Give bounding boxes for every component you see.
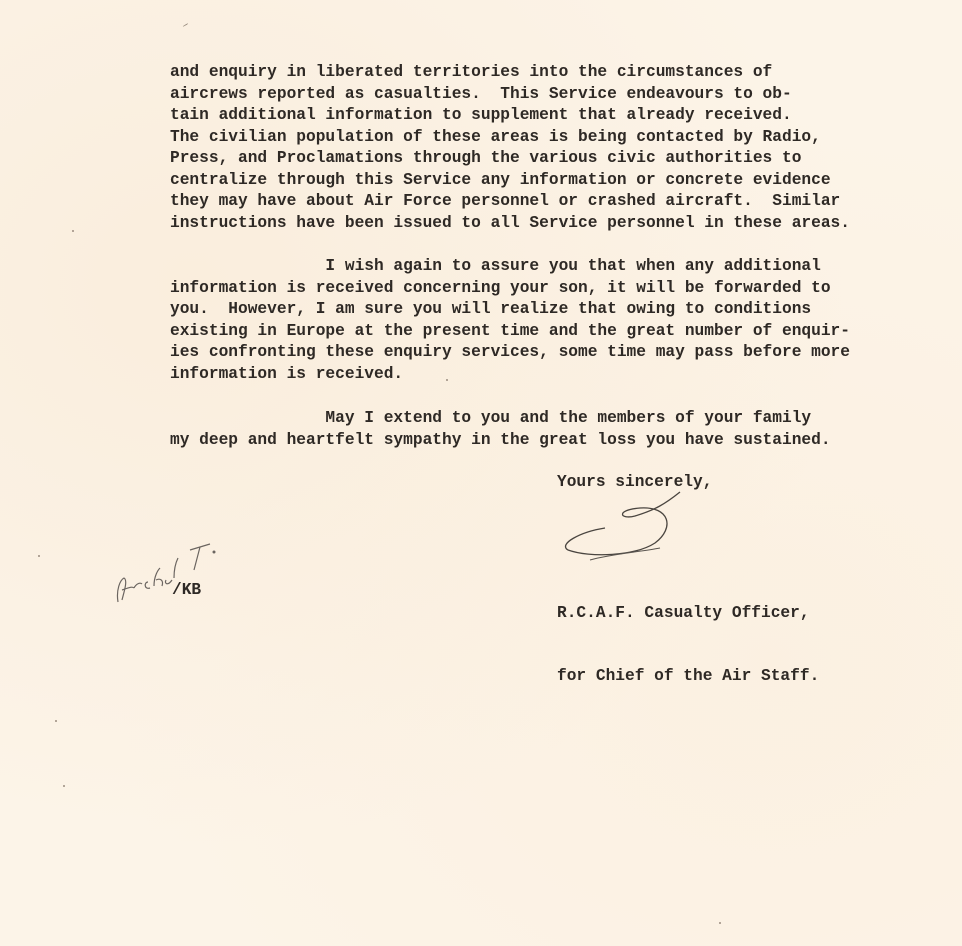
paper-mark	[38, 555, 40, 557]
text-line: The civilian population of these areas i…	[170, 127, 850, 149]
text-line: Press, and Proclamations through the var…	[170, 148, 850, 170]
letter-page: and enquiry in liberated territories int…	[0, 0, 962, 946]
paper-mark	[55, 720, 57, 722]
paragraph-circumstances: and enquiry in liberated territories int…	[170, 62, 850, 234]
paragraph-sympathy: May I extend to you and the members of y…	[170, 408, 831, 451]
text-line: they may have about Air Force personnel …	[170, 191, 850, 213]
paper-mark	[63, 785, 65, 787]
text-line: information is received.	[170, 364, 850, 386]
text-line: tain additional information to supplemen…	[170, 105, 850, 127]
text-line: ies confronting these enquiry services, …	[170, 342, 850, 364]
signatory-title: R.C.A.F. Casualty Officer,	[557, 603, 819, 624]
signatory-subtitle: for Chief of the Air Staff.	[557, 666, 819, 687]
text-line: and enquiry in liberated territories int…	[170, 62, 850, 84]
paper-mark	[183, 23, 189, 27]
paper-mark	[719, 922, 721, 924]
handwritten-annotation-icon	[110, 530, 230, 610]
text-line: my deep and heartfelt sympathy in the gr…	[170, 430, 831, 452]
text-line: existing in Europe at the present time a…	[170, 321, 850, 343]
paper-mark	[446, 379, 448, 381]
paper-mark	[72, 230, 74, 232]
text-line: aircrews reported as casualties. This Se…	[170, 84, 850, 106]
signatory-block: R.C.A.F. Casualty Officer, for Chief of …	[557, 561, 819, 729]
text-line: centralize through this Service any info…	[170, 170, 850, 192]
text-line: May I extend to you and the members of y…	[170, 408, 831, 430]
text-line: I wish again to assure you that when any…	[170, 256, 850, 278]
text-line: information is received concerning your …	[170, 278, 850, 300]
text-line: you. However, I am sure you will realize…	[170, 299, 850, 321]
text-line: instructions have been issued to all Ser…	[170, 213, 850, 235]
signature-icon	[560, 488, 700, 568]
paragraph-assurance: I wish again to assure you that when any…	[170, 256, 850, 385]
